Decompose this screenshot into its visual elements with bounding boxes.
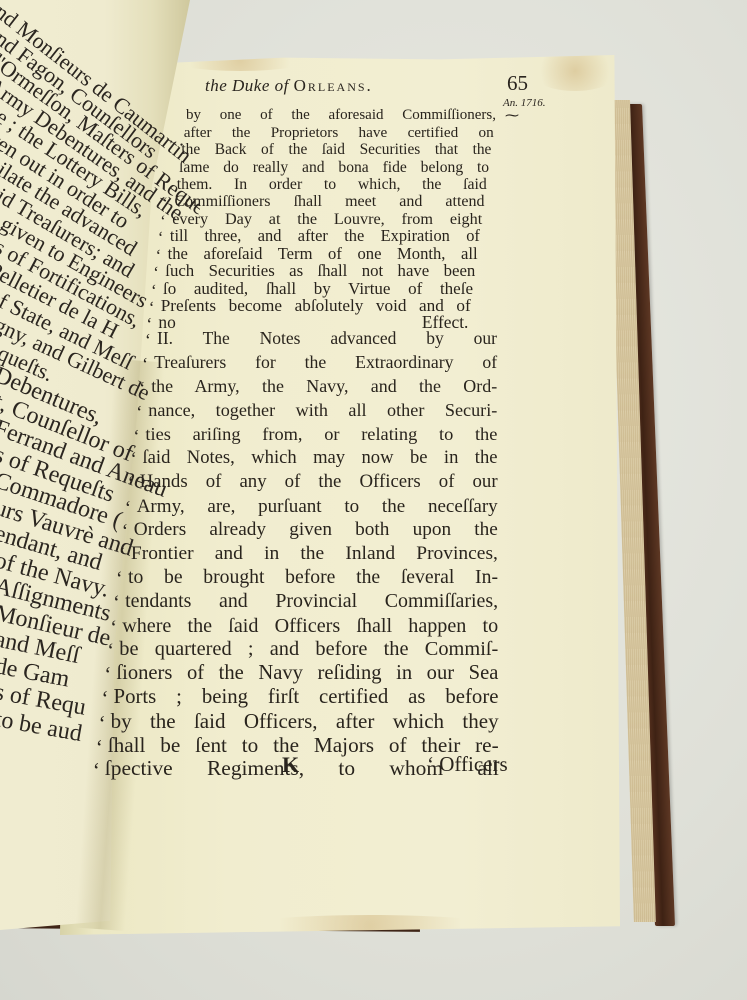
foxing-stain bbox=[530, 51, 620, 91]
text-line: them. In order to which, the ſaid bbox=[177, 177, 487, 193]
text-line: ſuch Securities as ſhall not have been bbox=[165, 263, 475, 280]
quote-mark: ‘ bbox=[122, 522, 128, 541]
quote-mark: ‘ bbox=[104, 665, 111, 686]
quote-mark: ‘ bbox=[151, 282, 157, 299]
running-title-caps: Orleans. bbox=[294, 76, 373, 95]
photo-scene: and Monſieurs de Caumartinand Fagon, Cou… bbox=[0, 0, 747, 1000]
quote-mark: ‘ bbox=[116, 570, 123, 590]
quote-mark: ‘ bbox=[142, 356, 148, 374]
text-line: Army, are, purſuant to the neceſſary bbox=[137, 497, 498, 516]
text-line: Hands of any of the Officers of our bbox=[140, 473, 498, 492]
quote-mark: ‘ bbox=[158, 230, 163, 246]
quote-mark: ‘ bbox=[163, 196, 168, 212]
text-line: nance, together with all other Securi- bbox=[148, 401, 497, 419]
quote-mark: ‘ bbox=[133, 427, 139, 445]
margin-swash-ornament: ⁓ bbox=[505, 108, 519, 125]
text-line: Commiſſioners ſhall meet and attend bbox=[175, 194, 485, 210]
text-line: Ports ; being firſt certified as before bbox=[114, 687, 499, 708]
quote-mark: ‘ bbox=[136, 403, 142, 421]
quote-mark: ‘ bbox=[153, 265, 159, 282]
quote-mark: ‘ bbox=[145, 332, 151, 350]
text-line: the Back of the ſaid Securities that the bbox=[181, 142, 491, 157]
text-line: be quartered ; and before the Commiſ- bbox=[119, 639, 498, 659]
text-line: II. The Notes advanced by our bbox=[157, 330, 497, 348]
text-line: ſo audited, ſhall by Virtue of theſe bbox=[163, 280, 473, 297]
text-line: ſame do really and bona fide belong to bbox=[179, 160, 489, 176]
text-line: ties ariſing from, or relating to the bbox=[145, 425, 497, 443]
text-line: tendants and Provincial Commiſſaries, bbox=[125, 592, 498, 612]
quote-mark: ‘ bbox=[131, 451, 137, 470]
quote-mark: ‘ bbox=[102, 689, 109, 710]
text-line: till three, and after the Expiration of bbox=[170, 228, 480, 244]
signature-mark: K bbox=[282, 752, 299, 778]
quote-mark: ‘ bbox=[125, 499, 131, 518]
quote-mark: ‘ bbox=[139, 380, 145, 398]
text-line: to be brought before the ſeveral In- bbox=[128, 568, 498, 588]
quote-mark: ‘ bbox=[113, 594, 120, 614]
catchword: ‘ Officers bbox=[427, 752, 508, 777]
quote-mark: ‘ bbox=[156, 248, 162, 265]
running-title: the Duke of Orleans. bbox=[205, 76, 373, 96]
quote-mark: ‘ bbox=[107, 641, 114, 661]
quote-mark: ‘ bbox=[128, 475, 134, 494]
text-line: the Army, the Navy, and the Ord- bbox=[151, 378, 497, 396]
page-number: 65 bbox=[507, 71, 528, 96]
text-line: by one of the aforesaid Commiſſioners, bbox=[186, 108, 496, 123]
text-line: where the ſaid Officers ſhall happen to bbox=[122, 616, 498, 636]
quote-mark: ‘ bbox=[96, 737, 103, 758]
quote-mark: ‘ bbox=[119, 546, 125, 565]
quote-mark: ‘ bbox=[99, 713, 106, 734]
quote-mark: ‘ bbox=[110, 618, 117, 638]
text-line: every Day at the Louvre, from eight bbox=[172, 211, 482, 227]
quote-mark: ‘ bbox=[93, 760, 100, 781]
text-line: by the ſaid Officers, after which they bbox=[111, 711, 499, 732]
text-line: Frontier and in the Inland Provinces, bbox=[131, 544, 498, 563]
page-header: the Duke of Orleans. 65 bbox=[205, 76, 535, 102]
text-line: Treaſurers for the Extraordinary of bbox=[154, 354, 497, 372]
text-line: ſaid Notes, which may now be in the bbox=[143, 449, 498, 468]
quote-mark: ‘ bbox=[160, 213, 165, 229]
text-line: Orders already given both upon the bbox=[134, 520, 498, 539]
text-line: ſioners of the Navy reſiding in our Sea bbox=[116, 663, 498, 684]
running-title-prefix: the Duke of bbox=[205, 76, 289, 95]
text-line: the aforeſaid Term of one Month, all bbox=[168, 246, 478, 263]
text-line: after the Proprietors have certified on bbox=[184, 125, 494, 140]
